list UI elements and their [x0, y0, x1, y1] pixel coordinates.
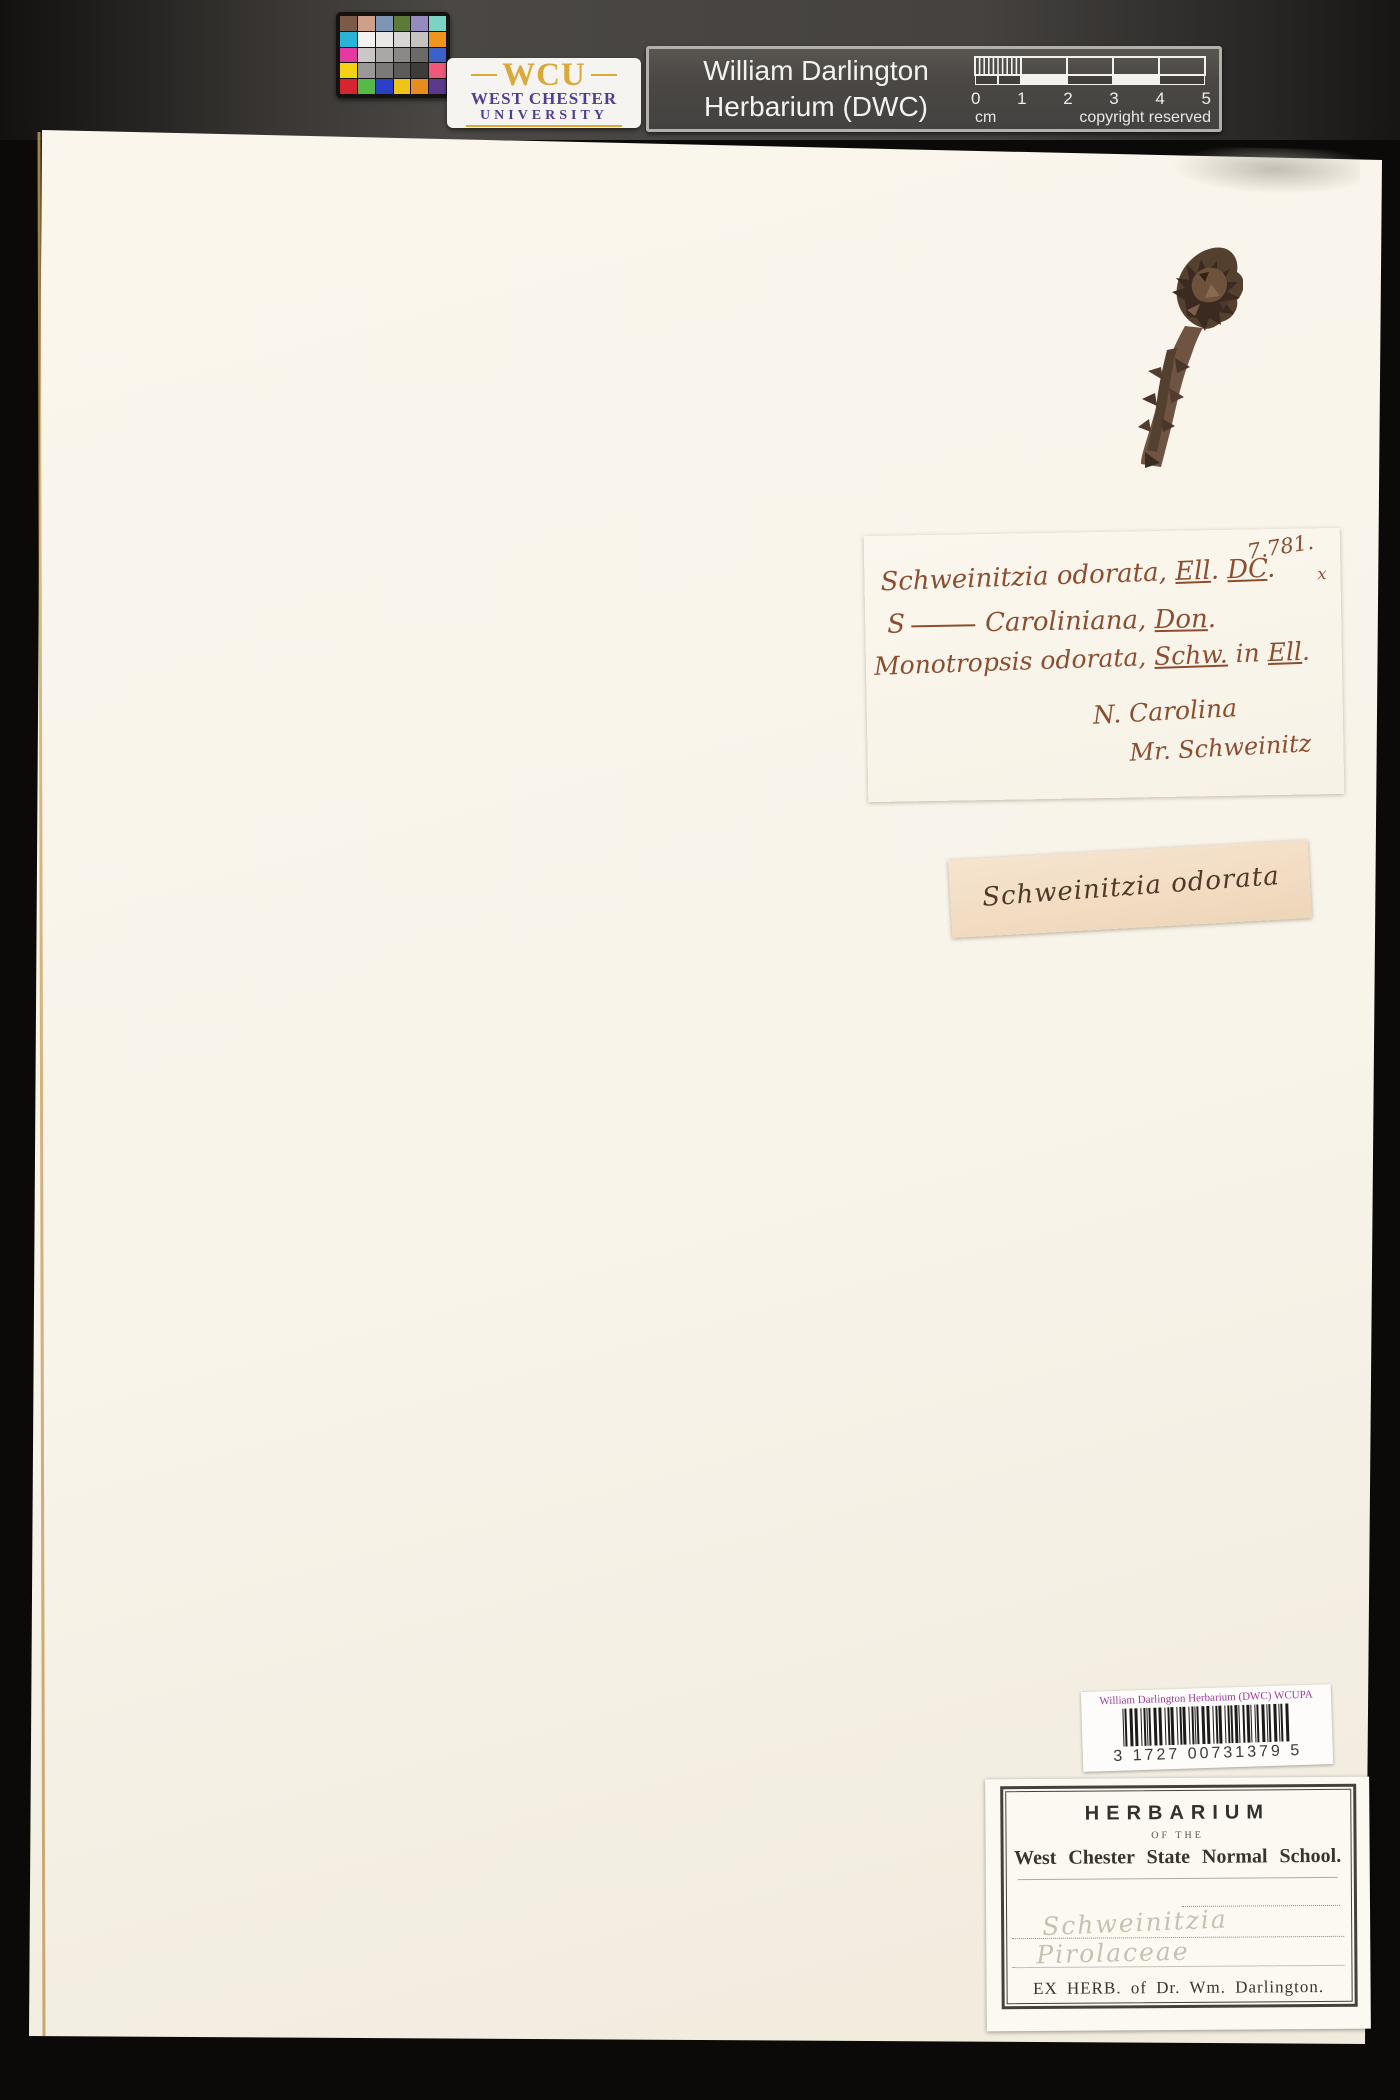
barcode-bar — [1218, 1706, 1222, 1744]
color-swatch — [394, 48, 411, 63]
color-swatch — [411, 16, 428, 31]
ruler-numbers: 012345 — [971, 89, 1211, 109]
copyright-label: copyright reserved — [1079, 109, 1211, 127]
barcode-bar — [1280, 1704, 1283, 1742]
ruler-tick-label: 2 — [1063, 89, 1072, 109]
handwriting-segment: Caroliniana, — [985, 605, 1155, 638]
handwriting-segment: Monotropsis odorata, — [874, 642, 1155, 681]
color-swatch — [376, 16, 393, 31]
barcode-bar — [1201, 1706, 1205, 1744]
color-swatch — [394, 79, 411, 94]
color-swatch — [394, 32, 411, 47]
color-calibration-chart — [336, 12, 450, 98]
annotation-locality: N. Carolina — [1092, 693, 1238, 730]
ruler-tick-label: 4 — [1155, 89, 1164, 109]
color-swatch — [411, 32, 428, 47]
color-swatch — [376, 32, 393, 47]
plant-specimen — [1115, 240, 1243, 478]
color-swatch — [429, 48, 446, 63]
color-swatch — [358, 79, 375, 94]
barcode-bar — [1242, 1705, 1245, 1743]
barcode-bar — [1250, 1705, 1252, 1743]
barcode-bar — [1230, 1705, 1233, 1743]
handwriting-segment: Don — [1154, 604, 1208, 635]
annotation-line1: Schweinitzia odorata, Ell. DC. — [880, 554, 1276, 598]
color-swatch — [358, 16, 375, 31]
color-swatch — [429, 32, 446, 47]
handwriting-segment: Schweinitzia odorata, — [880, 557, 1176, 597]
annotation-line3: Monotropsis odorata, Schw. in Ell. — [874, 637, 1311, 681]
handwriting-segment: DC — [1227, 554, 1268, 585]
barcode-bar — [1273, 1704, 1277, 1742]
handwriting-segment: Ell — [1267, 637, 1302, 667]
annotation-collector: Mr. Schweinitz — [1129, 729, 1312, 766]
barcode-label: William Darlington Herbarium (DWC) WCUPA… — [1081, 1684, 1333, 1772]
color-swatch — [340, 79, 357, 94]
barcode-bar — [1170, 1707, 1174, 1745]
barcode-bar — [1164, 1707, 1166, 1745]
color-swatch — [429, 79, 446, 94]
color-swatch — [376, 63, 393, 78]
barcode-bar — [1196, 1706, 1199, 1744]
barcode-bar — [1129, 1708, 1133, 1746]
wcu-logo-line1: WEST CHESTER — [447, 90, 641, 108]
barcode-bar — [1153, 1708, 1157, 1746]
barcode-bar — [1188, 1707, 1190, 1745]
wcu-logo-line2: UNIVERSITY — [447, 108, 641, 123]
herbarium-title-panel: William Darlington Herbarium (DWC) — [646, 46, 1222, 132]
annotation-mark: x — [1317, 564, 1326, 583]
ruler-subline: cm copyright reserved — [975, 109, 1211, 127]
barcode-bar — [1224, 1705, 1226, 1743]
scale-ruler — [973, 55, 1211, 89]
barcode-bar — [1206, 1706, 1210, 1744]
color-swatch — [429, 63, 446, 78]
ruler-tick-label: 1 — [1017, 89, 1026, 109]
handwriting-segment — [911, 624, 975, 627]
barcode-bar — [1285, 1703, 1289, 1741]
barcode-bar — [1176, 1707, 1178, 1745]
color-swatch — [394, 63, 411, 78]
color-swatch — [411, 48, 428, 63]
barcode-bar — [1238, 1705, 1240, 1743]
barcode-bar — [1134, 1708, 1138, 1746]
institution-name: West Chester State Normal School. — [986, 1845, 1370, 1871]
herbarium-title-line1: William Darlington — [661, 53, 971, 89]
ruler-tick-label: 0 — [971, 89, 980, 109]
herbarium-scan: WCU WEST CHESTER UNIVERSITY William Darl… — [0, 0, 1400, 2100]
annotation-label: 7.781. x Schweinitzia odorata, Ell. DC. … — [864, 528, 1345, 802]
barcode-bar — [1148, 1708, 1151, 1746]
handwriting-segment: Schw. — [1154, 639, 1229, 671]
strip-label-text: Schweinitzia odorata — [981, 861, 1281, 913]
color-swatch — [340, 63, 357, 78]
barcode-bars — [1092, 1702, 1321, 1747]
color-swatch — [411, 63, 428, 78]
handwriting-segment: . — [1210, 555, 1228, 586]
color-swatch — [340, 48, 357, 63]
color-swatch — [358, 32, 375, 47]
wcu-logo-rule — [466, 125, 621, 127]
ruler-tick-label: 3 — [1109, 89, 1118, 109]
barcode-bar — [1268, 1704, 1271, 1742]
institution-title: HERBARIUM — [985, 1801, 1369, 1827]
handwriting-segment: . — [1207, 604, 1216, 634]
color-swatch — [376, 79, 393, 94]
color-swatch — [429, 16, 446, 31]
handwriting-segment: . — [1301, 637, 1310, 666]
barcode-bar — [1158, 1707, 1162, 1745]
handwriting-segment: . — [1266, 554, 1275, 584]
color-swatch — [340, 16, 357, 31]
color-swatch — [411, 79, 428, 94]
color-swatch — [394, 16, 411, 31]
institution-footer: EX HERB. of Dr. Wm. Darlington. — [987, 1977, 1371, 2000]
ruler-tick-label: 5 — [1201, 89, 1210, 109]
barcode-bar — [1124, 1709, 1127, 1747]
handwriting-segment: in — [1227, 638, 1268, 668]
wcu-logo-card: WCU WEST CHESTER UNIVERSITY — [447, 58, 641, 128]
barcode-bar — [1261, 1704, 1265, 1742]
handwriting-segment: S — [887, 609, 905, 639]
color-swatch — [358, 48, 375, 63]
color-swatch — [340, 32, 357, 47]
pencil-family: Pirolaceae — [1036, 1937, 1190, 1970]
color-swatch — [376, 48, 393, 63]
annotation-line2: SCaroliniana, Don. — [887, 604, 1216, 640]
herbarium-title: William Darlington Herbarium (DWC) — [661, 53, 971, 125]
handwriting-segment: Ell — [1175, 556, 1212, 587]
wcu-logo-abbr: WCU — [447, 60, 641, 90]
herbarium-title-line2: Herbarium (DWC) — [661, 89, 971, 125]
institution-label: HERBARIUM OF THE West Chester State Norm… — [985, 1777, 1371, 2032]
color-swatch — [358, 63, 375, 78]
ruler-unit-label: cm — [975, 109, 996, 127]
barcode-bar — [1256, 1704, 1259, 1742]
color-chart-grid — [340, 16, 446, 94]
barcode-bar — [1182, 1707, 1186, 1745]
sheet-corner-curl — [1169, 146, 1360, 197]
barcode-bar — [1212, 1706, 1214, 1744]
barcode-bar — [1140, 1708, 1142, 1746]
